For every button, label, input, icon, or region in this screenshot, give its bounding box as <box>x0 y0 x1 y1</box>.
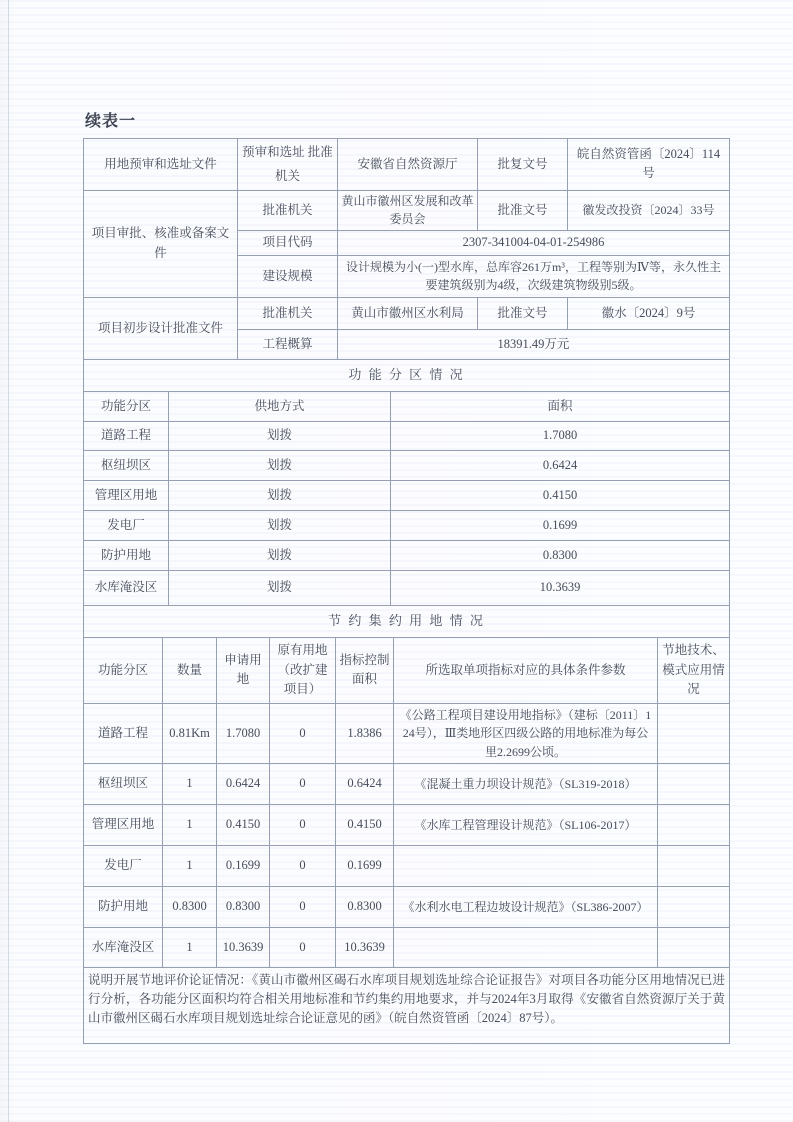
supply-mode: 划拨 <box>169 510 391 540</box>
table-row: 项目初步设计批准文件 批准机关 黄山市徽州区水利局 批准文号 徽水〔2024〕9… <box>84 297 730 329</box>
control-area: 0.6424 <box>336 763 394 804</box>
field-value: 设计规模为小(一)型水库，总库容261万m³，工程等别为Ⅳ等，永久性主要建筑级别… <box>338 255 730 297</box>
approval-section-label: 项目审批、核准或备案文件 <box>84 190 238 297</box>
quantity: 1 <box>163 927 217 967</box>
table-row: 防护用地 0.8300 0.8300 0 0.8300 《水利水电工程边坡设计规… <box>84 886 730 927</box>
column-header: 节地技术、模式应用情况 <box>658 637 730 703</box>
field-label: 批复文号 <box>478 139 568 191</box>
tech-note <box>658 927 730 967</box>
field-label: 批准机关 <box>238 190 338 230</box>
scanned-document-page: 续表一 用地预审和选址文件 预审和选址 批准机关 安徽省自然资源厅 批复文号 皖… <box>0 0 793 1122</box>
note-row: 说明开展节地评价论证情况：《黄山市徽州区碣石水库项目规划选址综合论证报告》对项目… <box>84 967 730 1043</box>
applied-land: 0.4150 <box>217 804 270 845</box>
document-content: 续表一 用地预审和选址文件 预审和选址 批准机关 安徽省自然资源厅 批复文号 皖… <box>83 112 729 1044</box>
evaluation-note: 说明开展节地评价论证情况：《黄山市徽州区碣石水库项目规划选址综合论证报告》对项目… <box>84 967 730 1043</box>
supply-mode: 划拨 <box>169 421 391 450</box>
applied-land: 0.1699 <box>217 845 270 886</box>
zone-name: 管理区用地 <box>84 480 169 510</box>
applied-land: 1.7080 <box>217 703 270 763</box>
field-value: 安徽省自然资源厅 <box>338 139 478 191</box>
table-row: 道路工程 0.81Km 1.7080 0 1.8386 《公路工程项目建设用地指… <box>84 703 730 763</box>
standard-reference <box>394 927 658 967</box>
table-row: 发电厂 划拨 0.1699 <box>84 510 730 540</box>
field-label: 批准机关 <box>238 297 338 329</box>
column-header: 面积 <box>391 391 730 421</box>
column-header: 数量 <box>163 637 217 703</box>
applied-land: 0.8300 <box>217 886 270 927</box>
page-title: 续表一 <box>85 112 729 132</box>
zone-name: 枢纽坝区 <box>84 450 169 480</box>
approval-section-label: 项目初步设计批准文件 <box>84 297 238 359</box>
existing-land: 0 <box>270 703 336 763</box>
zone-name: 管理区用地 <box>84 804 163 845</box>
column-header: 功能分区 <box>84 391 169 421</box>
field-value: 皖自然资管函〔2024〕114号 <box>568 139 730 191</box>
existing-land: 0 <box>270 804 336 845</box>
zone-name: 道路工程 <box>84 703 163 763</box>
column-header: 指标控制面积 <box>336 637 394 703</box>
control-area: 1.8386 <box>336 703 394 763</box>
standard-reference: 《水利水电工程边坡设计规范》（SL386-2007） <box>394 886 658 927</box>
quantity: 1 <box>163 763 217 804</box>
field-label: 建设规模 <box>238 255 338 297</box>
control-area: 0.1699 <box>336 845 394 886</box>
tech-note <box>658 845 730 886</box>
zone-area: 1.7080 <box>391 421 730 450</box>
table-row: 发电厂 1 0.1699 0 0.1699 <box>84 845 730 886</box>
quantity: 0.8300 <box>163 886 217 927</box>
scan-edge-line <box>8 0 9 1122</box>
existing-land: 0 <box>270 845 336 886</box>
zone-name: 防护用地 <box>84 540 169 570</box>
field-value: 18391.49万元 <box>338 329 730 359</box>
zone-area: 0.1699 <box>391 510 730 540</box>
zone-name: 道路工程 <box>84 421 169 450</box>
table-row: 枢纽坝区 划拨 0.6424 <box>84 450 730 480</box>
field-value: 徽水〔2024〕9号 <box>568 297 730 329</box>
table-row: 管理区用地 1 0.4150 0 0.4150 《水库工程管理设计规范》（SL1… <box>84 804 730 845</box>
column-header: 申请用地 <box>217 637 270 703</box>
existing-land: 0 <box>270 886 336 927</box>
zone-name: 枢纽坝区 <box>84 763 163 804</box>
applied-land: 10.3639 <box>217 927 270 967</box>
zone-name: 防护用地 <box>84 886 163 927</box>
column-header: 功能分区 <box>84 637 163 703</box>
quantity: 1 <box>163 804 217 845</box>
standard-reference <box>394 845 658 886</box>
field-value: 黄山市徽州区发展和改革委员会 <box>338 190 478 230</box>
standard-reference: 《混凝土重力坝设计规范》（SL319-2018） <box>394 763 658 804</box>
table-row: 水库淹没区 划拨 10.3639 <box>84 570 730 605</box>
field-label: 项目代码 <box>238 230 338 255</box>
table-header-row: 功能分区 数量 申请用地 原有用地（改扩建项目） 指标控制面积 所选取单项指标对… <box>84 637 730 703</box>
column-header: 供地方式 <box>169 391 391 421</box>
control-area: 0.8300 <box>336 886 394 927</box>
field-label: 批准文号 <box>478 190 568 230</box>
supply-mode: 划拨 <box>169 450 391 480</box>
table-row: 枢纽坝区 1 0.6424 0 0.6424 《混凝土重力坝设计规范》（SL31… <box>84 763 730 804</box>
existing-land: 0 <box>270 927 336 967</box>
field-value: 徽发改投资〔2024〕33号 <box>568 190 730 230</box>
zone-name: 发电厂 <box>84 845 163 886</box>
column-header: 原有用地（改扩建项目） <box>270 637 336 703</box>
control-area: 10.3639 <box>336 927 394 967</box>
standard-reference: 《公路工程项目建设用地指标》（建标〔2011〕124号），Ⅲ类地形区四级公路的用… <box>394 703 658 763</box>
function-zones-table: 功 能 分 区 情 况 功能分区 供地方式 面积 道路工程 划拨 1.7080 … <box>83 359 730 606</box>
tech-note <box>658 886 730 927</box>
supply-mode: 划拨 <box>169 570 391 605</box>
zone-area: 0.6424 <box>391 450 730 480</box>
section-title: 功 能 分 区 情 况 <box>84 359 730 391</box>
field-value: 2307-341004-04-01-254986 <box>338 230 730 255</box>
zone-area: 10.3639 <box>391 570 730 605</box>
control-area: 0.4150 <box>336 804 394 845</box>
table-row: 道路工程 划拨 1.7080 <box>84 421 730 450</box>
table-row: 管理区用地 划拨 0.4150 <box>84 480 730 510</box>
land-saving-table: 节 约 集 约 用 地 情 况 功能分区 数量 申请用地 原有用地（改扩建项目）… <box>83 605 730 1044</box>
standard-reference: 《水库工程管理设计规范》（SL106-2017） <box>394 804 658 845</box>
existing-land: 0 <box>270 763 336 804</box>
table-row: 水库淹没区 1 10.3639 0 10.3639 <box>84 927 730 967</box>
table-row: 防护用地 划拨 0.8300 <box>84 540 730 570</box>
section-title: 节 约 集 约 用 地 情 况 <box>84 605 730 637</box>
zone-name: 水库淹没区 <box>84 570 169 605</box>
field-label: 工程概算 <box>238 329 338 359</box>
supply-mode: 划拨 <box>169 540 391 570</box>
approval-info-table: 用地预审和选址文件 预审和选址 批准机关 安徽省自然资源厅 批复文号 皖自然资管… <box>83 138 730 360</box>
section-band-row: 功 能 分 区 情 况 <box>84 359 730 391</box>
supply-mode: 划拨 <box>169 480 391 510</box>
zone-name: 发电厂 <box>84 510 169 540</box>
table-row: 项目审批、核准或备案文件 批准机关 黄山市徽州区发展和改革委员会 批准文号 徽发… <box>84 190 730 230</box>
tech-note <box>658 703 730 763</box>
quantity: 0.81Km <box>163 703 217 763</box>
table-header-row: 功能分区 供地方式 面积 <box>84 391 730 421</box>
zone-name: 水库淹没区 <box>84 927 163 967</box>
applied-land: 0.6424 <box>217 763 270 804</box>
zone-area: 0.4150 <box>391 480 730 510</box>
tech-note <box>658 763 730 804</box>
quantity: 1 <box>163 845 217 886</box>
field-label: 预审和选址 批准机关 <box>238 139 338 191</box>
zone-area: 0.8300 <box>391 540 730 570</box>
tech-note <box>658 804 730 845</box>
section-band-row: 节 约 集 约 用 地 情 况 <box>84 605 730 637</box>
field-label: 批准文号 <box>478 297 568 329</box>
approval-section-label: 用地预审和选址文件 <box>84 139 238 191</box>
field-value: 黄山市徽州区水利局 <box>338 297 478 329</box>
column-header: 所选取单项指标对应的具体条件参数 <box>394 637 658 703</box>
table-row: 用地预审和选址文件 预审和选址 批准机关 安徽省自然资源厅 批复文号 皖自然资管… <box>84 139 730 191</box>
